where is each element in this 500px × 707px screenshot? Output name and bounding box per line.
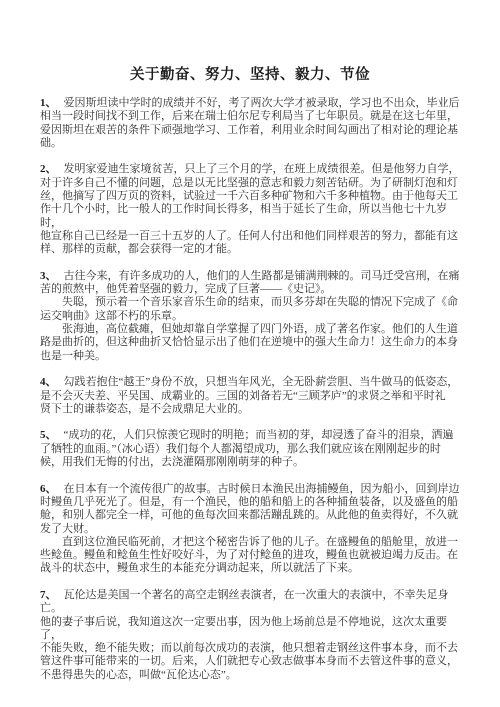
paragraph-5: 5、“成功的花，人们只惊羡它现时的明艳；而当初的芽，却浸透了奋斗的泪泉，洒遍了牺… — [40, 429, 460, 469]
text-line: 爱因斯坦在艰苦的条件下顽强地学习、工作着，利用业余时间勾画出了相对论的理论基 — [40, 124, 460, 137]
paragraph-number: 2、 — [40, 163, 57, 175]
text-line: 苦的煎熬中，他凭着坚强的毅力，完成了巨著——《史记》。 — [40, 283, 460, 296]
paragraph-number: 7、 — [40, 589, 57, 601]
paragraph-1: 1、爱因斯坦读中学时的成绩并不好，考了两次大学才被录取，学习也不出众，毕业后相当… — [40, 97, 460, 150]
text-line: 了牺牲的血雨。”（冰心语）我们每个人都渴望成功，那么我们就应该在刚刚起步的时 — [40, 443, 460, 456]
text-line: 发了大财。 — [40, 523, 460, 536]
text-line: 运交响曲》这部不朽的乐章。 — [40, 310, 460, 323]
document-page: 关于勤奋、努力、坚持、毅力、节俭 1、爱因斯坦读中学时的成绩并不好，考了两次大学… — [0, 0, 500, 707]
paragraph-2: 2、发明家爱迪生家境贫苦，只上了三个月的学，在班上成绩很差。但是他努力自学，对于… — [40, 163, 460, 256]
text-line: 6、在日本有一个流传很广的故事。古时候日本渔民出海捕鳗鱼，因为船小，回到岸边 — [40, 483, 460, 496]
paragraph-number: 3、 — [40, 270, 57, 282]
text-line: 对于许多自己不懂的问题，总是以无比坚强的意志和毅力刻苦钻研。为了研制灯泡和灯 — [40, 177, 460, 190]
text-line: 相当一段时间找不到工作，后来在瑞士伯尔尼专利局当了七年职员。就是在这七年里， — [40, 110, 460, 123]
text-line: 他的妻子事后说，我知道这次一定要出事，因为他上场前总是不停地说，这次太重要了， — [40, 616, 460, 643]
document-content: 1、爱因斯坦读中学时的成绩并不好，考了两次大学才被录取，学习也不出众，毕业后相当… — [40, 97, 460, 682]
paragraph-4: 4、勾践若抱住“越王”身份不放，只想当年风光，全无卧薪尝胆、当牛做马的低姿态，是… — [40, 376, 460, 416]
text-line: 些鲶鱼。鳗鱼和鲶鱼生性好咬好斗，为了对付鲶鱼的进攻，鳗鱼也就被迫竭力反击。在 — [40, 549, 460, 562]
document-title: 关于勤奋、努力、坚持、毅力、节俭 — [0, 0, 500, 84]
text-line: 候，用我们无悔的付出，去浇灌隔那刚刚萌芽的种子。 — [40, 456, 460, 469]
text-line: 也是一种美。 — [40, 350, 460, 363]
text-line: 样、那样的贡献，都会获得一定的才能。 — [40, 243, 460, 256]
text-line: 作十几个小时，比一般人的工作时间长得多，相当于延长了生命，所以当他七十九岁时， — [40, 203, 460, 230]
text-line: 3、古往今来，有许多成功的人，他们的人生路都是铺满荆棘的。司马迁受宫刑，在痛 — [40, 270, 460, 283]
paragraph-7: 7、瓦伦达是美国一个著名的高空走钢丝表演者，在一次重大的表演中，不幸失足身亡。他… — [40, 589, 460, 682]
text-line: 舱，和别人都完全一样，可他的鱼每次回来都活蹦乱跳的。从此他的鱼卖得好，不久就 — [40, 509, 460, 522]
paragraph-number: 6、 — [40, 483, 57, 495]
paragraph-number: 4、 — [40, 376, 57, 388]
text-line: 贤下士的谦恭姿态，是不会成鼎足大业的。 — [40, 403, 460, 416]
text-line: 5、“成功的花，人们只惊羡它现时的明艳；而当初的芽，却浸透了奋斗的泪泉，洒遍 — [40, 429, 460, 442]
text-line: 失聪，预示着一个音乐家音乐生命的结束，而贝多芬却在失聪的情况下完成了《命 — [40, 296, 460, 309]
text-line: 1、爱因斯坦读中学时的成绩并不好，考了两次大学才被录取，学习也不出众，毕业后 — [40, 97, 460, 110]
paragraph-6: 6、在日本有一个流传很广的故事。古时候日本渔民出海捕鳗鱼，因为船小，回到岸边时鳗… — [40, 483, 460, 576]
text-line: 张海迪，高位截瘫，但她却靠自学掌握了四门外语，成了著名作家。他们的人生道 — [40, 323, 460, 336]
text-line: 直到这位渔民临死前，才把这个秘密告诉了他的儿子。在盛鳗鱼的船舱里，放进一 — [40, 536, 460, 549]
paragraph-number: 1、 — [40, 97, 57, 109]
text-line: 路是曲折的，但这种曲折又恰恰显示出了他们在逆境中的强大生命力！这生命力的本身 — [40, 336, 460, 349]
text-line: 4、勾践若抱住“越王”身份不放，只想当年风光，全无卧薪尝胆、当牛做马的低姿态， — [40, 376, 460, 389]
text-line: 不患得患失的心态，叫做“瓦伦达心态”。 — [40, 669, 460, 682]
text-line: 础。 — [40, 137, 460, 150]
paragraph-number: 5、 — [40, 429, 57, 441]
paragraph-3: 3、古往今来，有许多成功的人，他们的人生路都是铺满荆棘的。司马迁受宫刑，在痛苦的… — [40, 270, 460, 363]
text-line: 丝，他摘写了四万页的资料，试验过一千六百多种矿物和六千多种植物。由于他每天工 — [40, 190, 460, 203]
text-line: 2、发明家爱迪生家境贫苦，只上了三个月的学，在班上成绩很差。但是他努力自学， — [40, 163, 460, 176]
text-line: 时鳗鱼几乎死光了。但是，有一个渔民，他的船和船上的各种捕鱼装备，以及盛鱼的船 — [40, 496, 460, 509]
text-line: 他宣称自己已经是一百三十五岁的人了。任何人付出和他们同样艰苦的努力，都能有这 — [40, 230, 460, 243]
text-line: 管这件事可能带来的一切。后来，人们就把专心致志做事本身而不去管这件事的意义， — [40, 655, 460, 668]
text-line: 不能失败，绝不能失败；而以前每次成功的表演，他只想着走钢丝这件事本身，而不去 — [40, 642, 460, 655]
text-line: 7、瓦伦达是美国一个著名的高空走钢丝表演者，在一次重大的表演中，不幸失足身亡。 — [40, 589, 460, 616]
text-line: 是不会灭夫差、平吴国、成霸业的。三国的刘备若无“三顾茅庐”的求贤之举和平时礼 — [40, 390, 460, 403]
text-line: 战斗的状态中，鳗鱼求生的本能充分调动起来，所以就活了下来。 — [40, 562, 460, 575]
